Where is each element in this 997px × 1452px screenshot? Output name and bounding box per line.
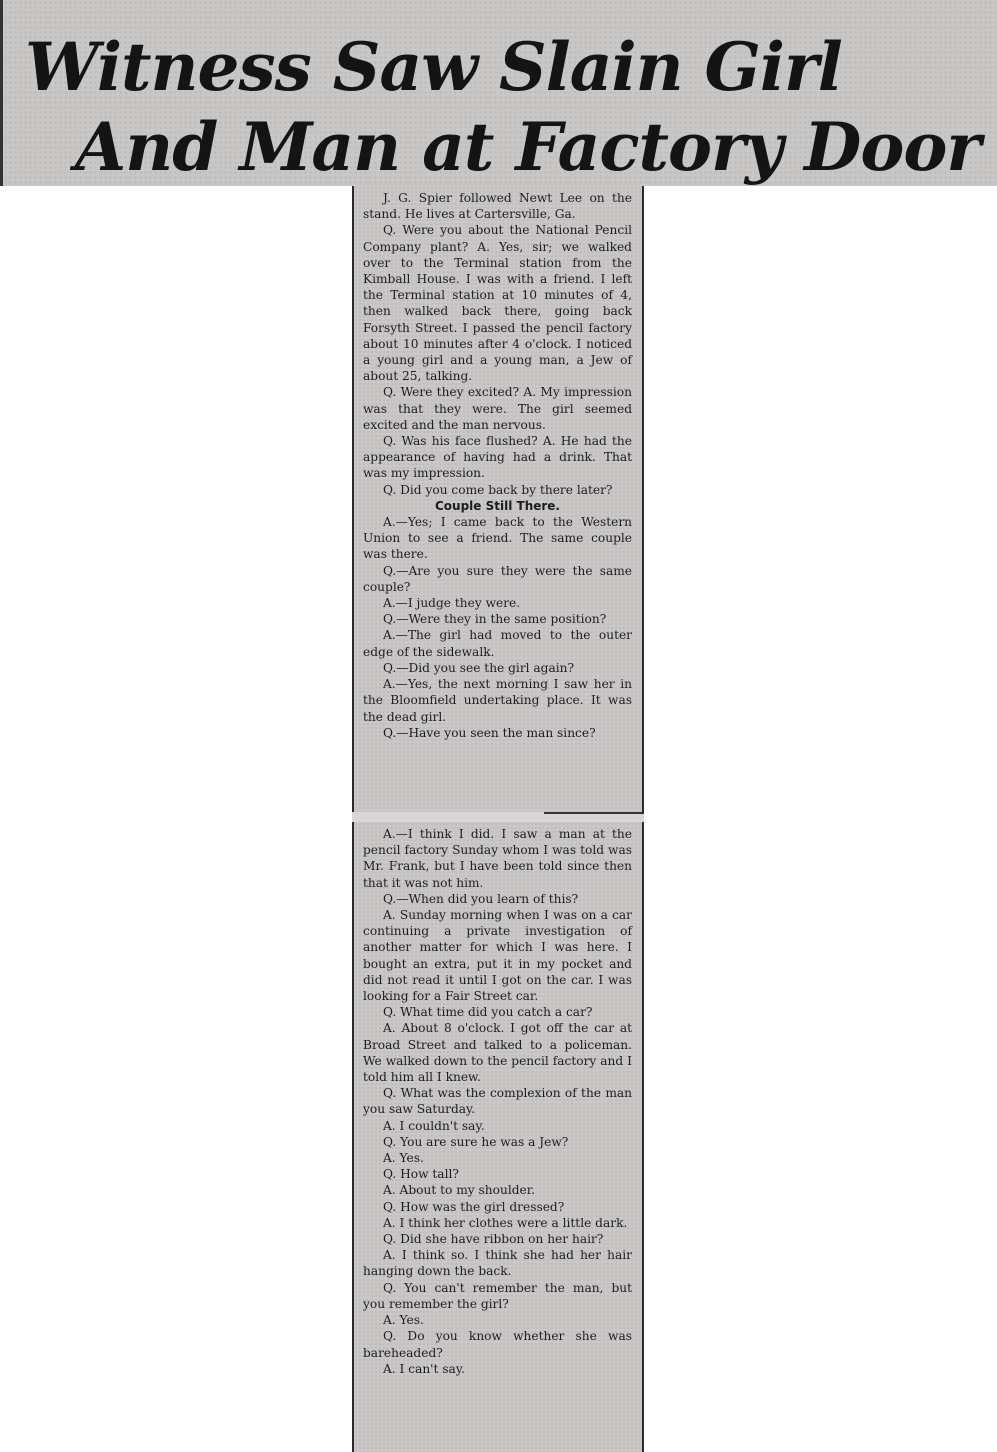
paragraph: Q. How was the girl dressed? — [363, 1199, 632, 1215]
paragraph: A.—I think I did. I saw a man at the pen… — [363, 826, 632, 891]
paragraph: A. I can't say. — [363, 1361, 632, 1377]
headline-line-1: Witness Saw Slain Girl — [25, 32, 842, 102]
paragraph: Q. Do you know whether she was bareheade… — [363, 1328, 632, 1360]
paragraph: Q.—Have you seen the man since? — [363, 725, 632, 741]
paragraph: Q.—When did you learn of this? — [363, 891, 632, 907]
article-column-top: J. G. Spier followed Newt Lee on the sta… — [352, 186, 644, 812]
paragraph: Q. What time did you catch a car? — [363, 1004, 632, 1020]
paragraph: A. Sunday morning when I was on a car co… — [363, 907, 632, 1004]
paragraph: A. About to my shoulder. — [363, 1182, 632, 1198]
paragraph: Q.—Were they in the same position? — [363, 611, 632, 627]
headline-banner: Witness Saw Slain Girl And Man at Factor… — [0, 0, 997, 186]
column-divider-rule — [544, 812, 644, 814]
paragraph: A.—Yes; I came back to the Western Union… — [363, 514, 632, 563]
paragraph: A.—Yes, the next morning I saw her in th… — [363, 676, 632, 725]
paragraph: A.—I judge they were. — [363, 595, 632, 611]
headline-line-2: And Man at Factory Door — [75, 112, 980, 182]
subheading: Couple Still There. — [363, 498, 632, 514]
paragraph: A. Yes. — [363, 1312, 632, 1328]
paragraph: Q.—Did you see the girl again? — [363, 660, 632, 676]
paragraph: A. I couldn't say. — [363, 1118, 632, 1134]
paragraph: Q.—Are you sure they were the same coupl… — [363, 563, 632, 595]
paragraph: A. I think so. I think she had her hair … — [363, 1247, 632, 1279]
paragraph: Q. Were you about the National Pencil Co… — [363, 222, 632, 384]
paragraph: A. Yes. — [363, 1150, 632, 1166]
paragraph: Q. What was the complexion of the man yo… — [363, 1085, 632, 1117]
article-intro: J. G. Spier followed Newt Lee on the sta… — [363, 190, 632, 222]
paragraph: Q. Did you come back by there later? — [363, 482, 632, 498]
paragraph: A. I think her clothes were a little dar… — [363, 1215, 632, 1231]
paragraph: Q. You are sure he was a Jew? — [363, 1134, 632, 1150]
paragraph: A.—The girl had moved to the outer edge … — [363, 627, 632, 659]
paragraph: A. About 8 o'clock. I got off the car at… — [363, 1020, 632, 1085]
paragraph: Q. How tall? — [363, 1166, 632, 1182]
paragraph: Q. Was his face flushed? A. He had the a… — [363, 433, 632, 482]
paragraph: Q. Were they excited? A. My impression w… — [363, 384, 632, 433]
paragraph: Q. Did she have ribbon on her hair? — [363, 1231, 632, 1247]
paragraph: Q. You can't remember the man, but you r… — [363, 1280, 632, 1312]
article-column-bottom: A.—I think I did. I saw a man at the pen… — [352, 822, 644, 1452]
